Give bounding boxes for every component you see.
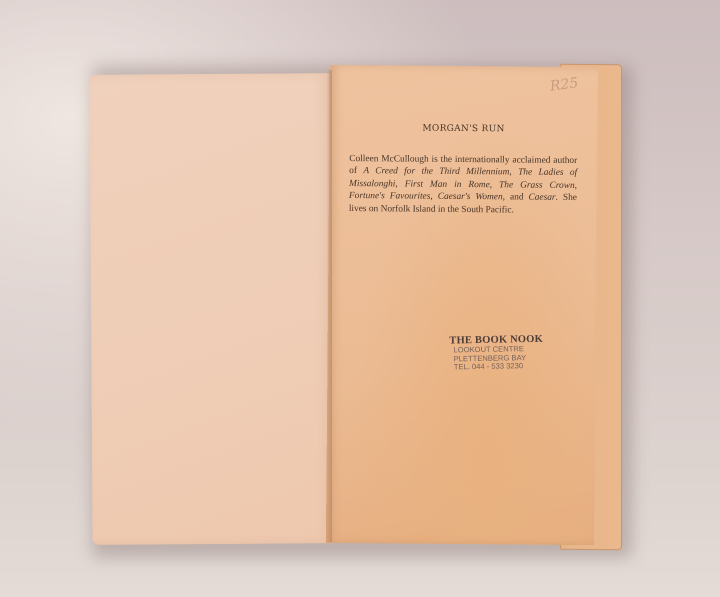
bookshop-stamp: THE BOOK NOOK LOOKOUT CENTRE PLETTENBERG… (449, 333, 570, 372)
right-page: R25 MORGAN'S RUN Colleen McCullough is t… (326, 65, 598, 545)
pencil-price-mark: R25 (549, 75, 579, 95)
book-title: MORGAN'S RUN (329, 123, 597, 135)
left-page-blank (89, 73, 332, 545)
stamp-line-3: TEL. 044 - 533 3230 (450, 362, 570, 373)
book-gutter (327, 70, 332, 542)
author-bio: Colleen McCullough is the internationall… (349, 153, 578, 217)
